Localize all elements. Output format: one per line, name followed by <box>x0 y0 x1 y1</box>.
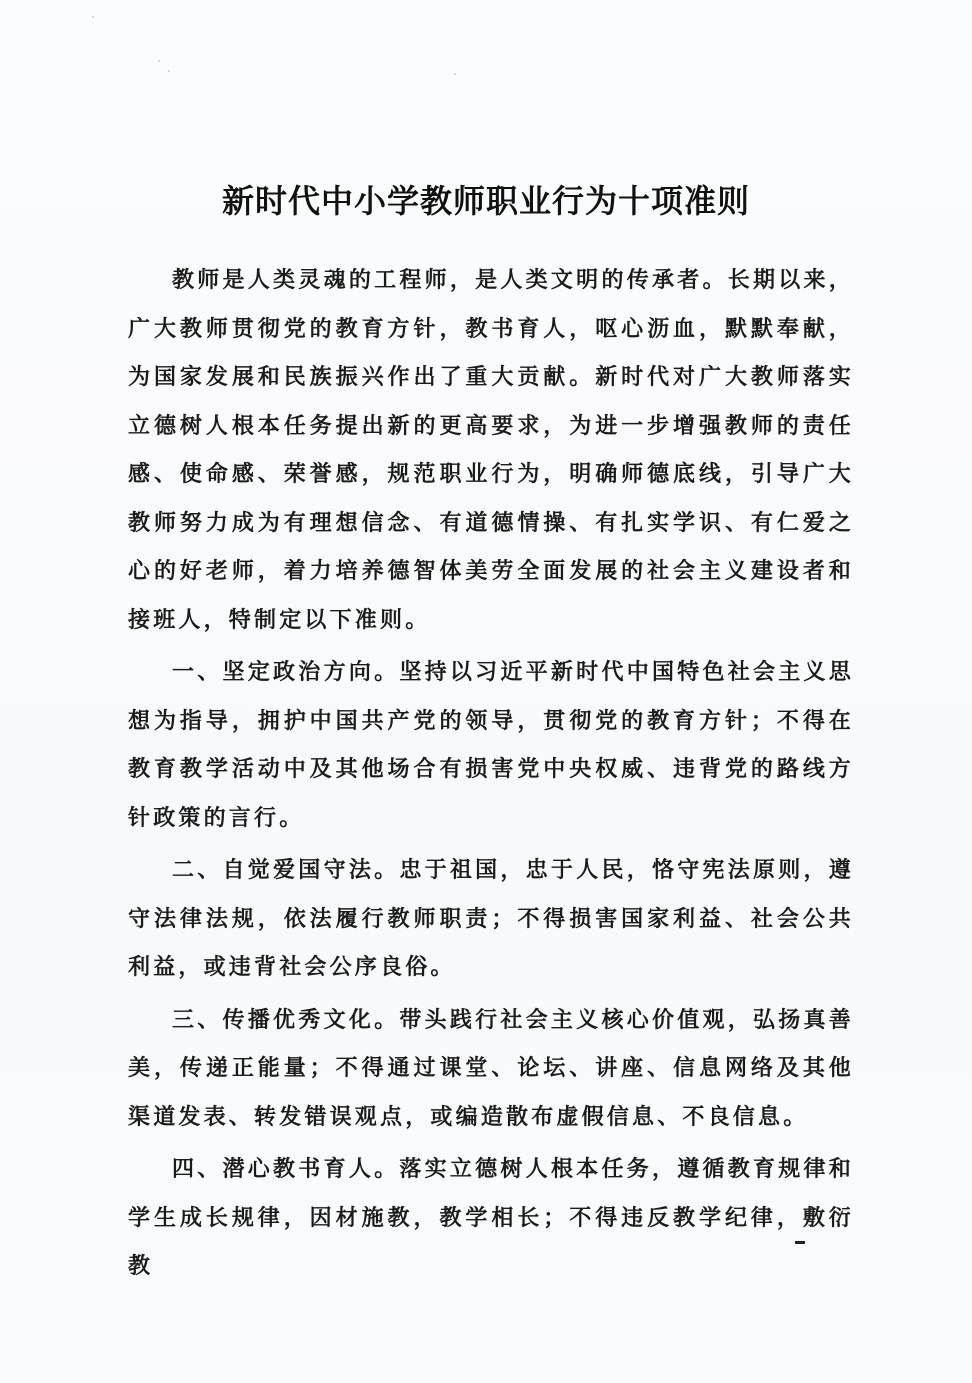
intro-paragraph: 教师是人类灵魂的工程师，是人类文明的传承者。长期以来，广大教师贯彻党的教育方针，… <box>128 256 854 644</box>
scanned-page: 新时代中小学教师职业行为十项准则 教师是人类灵魂的工程师，是人类文明的传承者。长… <box>0 0 972 1383</box>
document-body: 教师是人类灵魂的工程师，是人类文明的传承者。长期以来，广大教师贯彻党的教育方针，… <box>128 256 854 1291</box>
rule-1-paragraph: 一、坚定政治方向。坚持以习近平新时代中国特色社会主义思想为指导，拥护中国共产党的… <box>128 648 854 842</box>
rule-3-paragraph: 三、传播优秀文化。带头践行社会主义核心价值观，弘扬真善美，传递正能量；不得通过课… <box>128 996 854 1142</box>
scan-speck <box>168 70 170 72</box>
rule-4-paragraph: 四、潜心教书育人。落实立德树人根本任务，遵循教育规律和学生成长规律，因材施教，教… <box>128 1145 854 1291</box>
scan-speck <box>92 16 94 18</box>
document-title: 新时代中小学教师职业行为十项准则 <box>0 176 972 226</box>
scan-speck <box>158 60 160 62</box>
page-mark-dash <box>795 1241 805 1244</box>
scan-speck <box>454 73 456 75</box>
rule-2-paragraph: 二、自觉爱国守法。忠于祖国，忠于人民，恪守宪法原则，遵守法律法规，依法履行教师职… <box>128 846 854 992</box>
